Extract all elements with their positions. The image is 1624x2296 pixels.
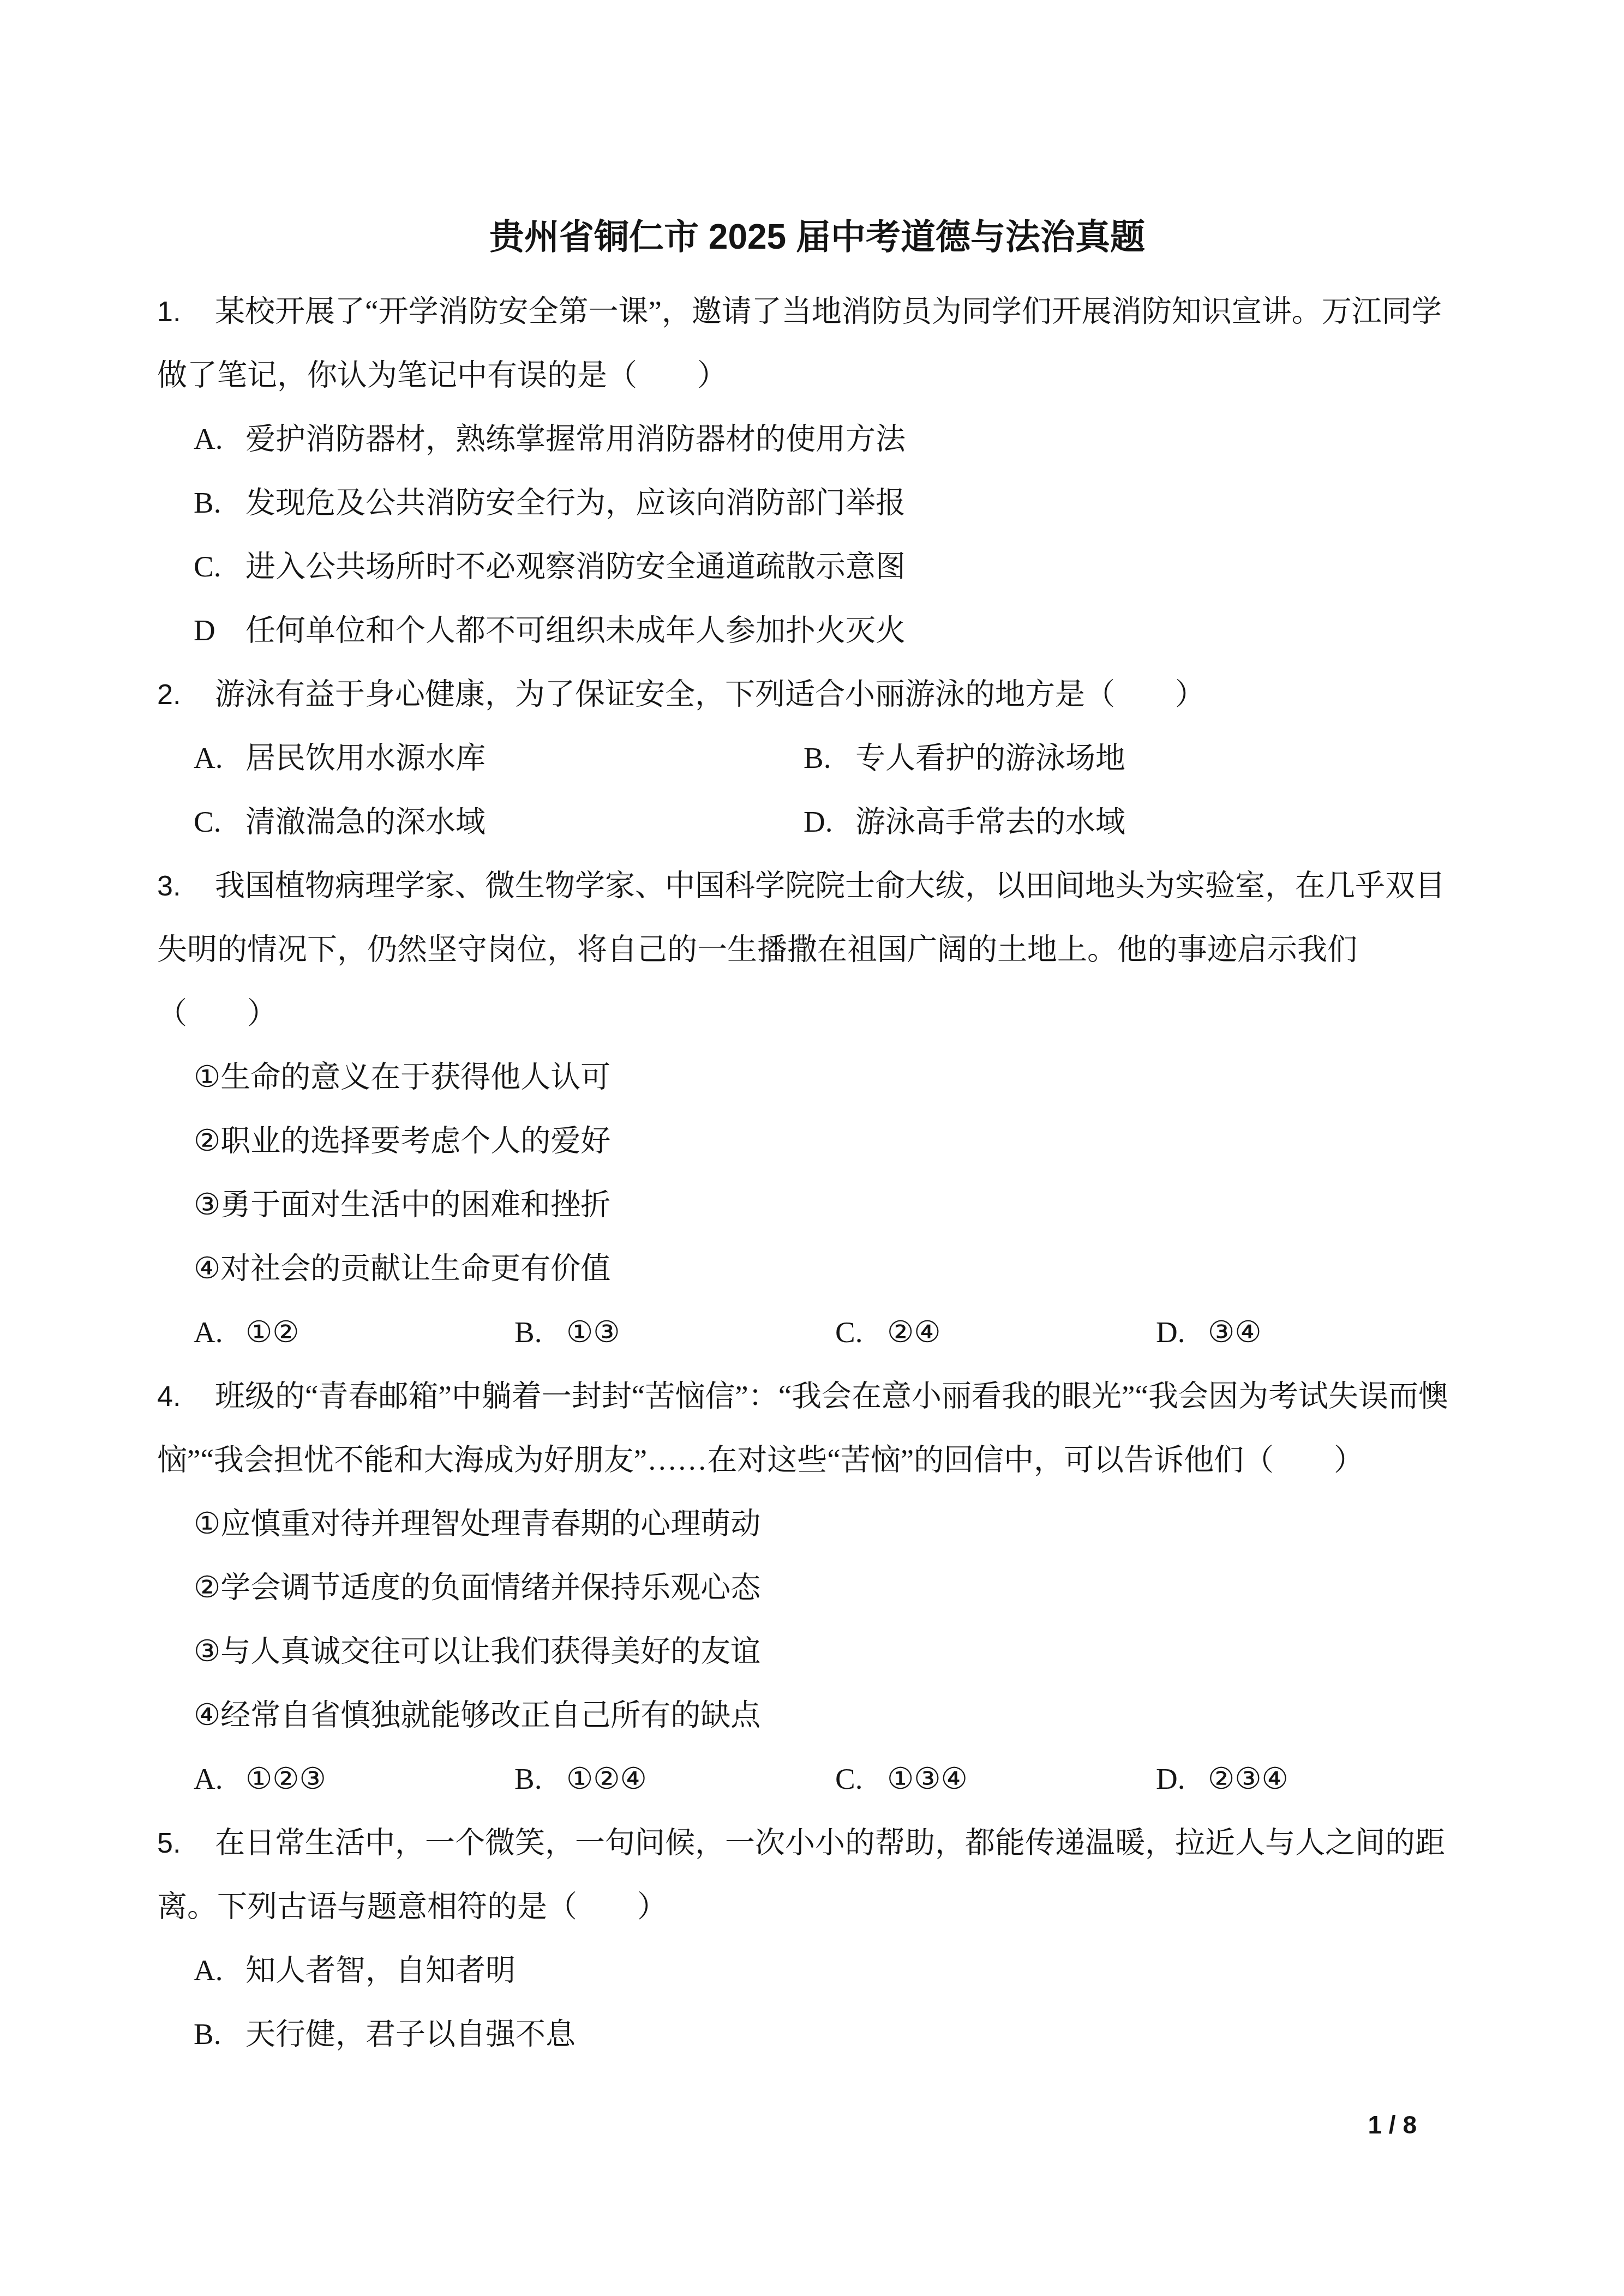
question-5: 5.在日常生活中，一个微笑，一句问候，一次小小的帮助，都能传递温暖，拉近人与人之… (157, 1811, 1477, 2066)
q4-option-a-label: A. (194, 1747, 245, 1811)
page-number-indicator: 1 / 8 (1368, 2109, 1417, 2140)
q1-stem-line-2: 做了笔记，你认为笔记中有误的是（ ） (157, 343, 1477, 407)
q3-option-d-label: D. (1156, 1300, 1208, 1364)
q1-option-a-label: A. (194, 407, 245, 471)
q4-option-c-text: ①③④ (887, 1762, 968, 1795)
q3-option-b-text: ①③ (566, 1315, 620, 1349)
q5-option-b-label: B. (194, 2002, 245, 2066)
q3-stem-line-2: 失明的情况下，仍然坚守岗位，将自己的一生播撒在祖国广阔的土地上。他的事迹启示我们 (157, 917, 1477, 981)
q5-stem-line-1: 5.在日常生活中，一个微笑，一句问候，一次小小的帮助，都能传递温暖，拉近人与人之… (157, 1811, 1477, 1874)
q1-option-c-text: 进入公共场所时不必观察消防安全通道疏散示意图 (245, 550, 906, 583)
q1-stem-text-1: 某校开展了“开学消防安全第一课”，邀请了当地消防员为同学们开展消防知识宣讲。万江… (215, 294, 1442, 328)
q3-option-c-text: ②④ (887, 1315, 941, 1349)
q4-option-b: B.①②④ (514, 1747, 835, 1811)
q4-stem-line-1: 4.班级的“青春邮箱”中躺着一封封“苦恼信”：“我会在意小丽看我的眼光”“我会因… (157, 1364, 1477, 1428)
q4-stem-line-2: 恼”“我会担忧不能和大海成为好朋友”……在对这些“苦恼”的回信中，可以告诉他们（… (157, 1428, 1477, 1492)
q1-option-c-label: C. (194, 534, 245, 598)
q1-option-b: B.发现危及公共消防安全行为，应该向消防部门举报 (194, 471, 1477, 534)
q3-option-c-label: C. (835, 1300, 887, 1364)
q2-stem-line-1: 2.游泳有益于身心健康，为了保证安全，下列适合小丽游泳的地方是（ ） (157, 662, 1477, 726)
question-2: 2.游泳有益于身心健康，为了保证安全，下列适合小丽游泳的地方是（ ） A.居民饮… (157, 662, 1477, 854)
q3-item-4: ④对社会的贡献让生命更有价值 (194, 1236, 1477, 1300)
q5-stem-line-2: 离。下列古语与题意相符的是（ ） (157, 1874, 1477, 1938)
q5-option-a-label: A. (194, 1938, 245, 2002)
exam-page: 贵州省铜仁市 2025 届中考道德与法治真题 1.某校开展了“开学消防安全第一课… (0, 0, 1624, 2296)
q5-stem-text-1: 在日常生活中，一个微笑，一句问候，一次小小的帮助，都能传递温暖，拉近人与人之间的… (215, 1826, 1445, 1859)
q5-number: 5. (157, 1812, 215, 1876)
q3-item-2: ②职业的选择要考虑个人的爱好 (194, 1109, 1477, 1173)
q3-option-b-label: B. (514, 1300, 566, 1364)
q2-option-d: D.游泳高手常去的水域 (804, 790, 1477, 854)
q5-option-a: A.知人者智，自知者明 (194, 1938, 1477, 2002)
q1-option-c: C.进入公共场所时不必观察消防安全通道疏散示意图 (194, 534, 1477, 598)
q1-number: 1. (157, 280, 215, 344)
q4-option-d: D.②③④ (1156, 1747, 1477, 1811)
q1-option-b-label: B. (194, 471, 245, 534)
q2-option-b: B.专人看护的游泳场地 (804, 726, 1477, 790)
q2-option-d-label: D. (804, 790, 855, 854)
question-1: 1.某校开展了“开学消防安全第一课”，邀请了当地消防员为同学们开展消防知识宣讲。… (157, 279, 1477, 662)
q3-stem-line-1: 3.我国植物病理学家、微生物学家、中国科学院院士俞大绂，以田间地头为实验室，在几… (157, 854, 1477, 917)
q1-option-d: D任何单位和个人都不可组织未成年人参加扑火灭火 (194, 598, 1477, 662)
q3-option-c: C.②④ (835, 1300, 1156, 1364)
q2-stem-text-1: 游泳有益于身心健康，为了保证安全，下列适合小丽游泳的地方是（ ） (215, 677, 1205, 711)
q4-item-4: ④经常自省慎独就能够改正自己所有的缺点 (194, 1683, 1477, 1747)
q3-stem-line-3: （ ） (157, 981, 1477, 1045)
q2-options-row-2: C.清澈湍急的深水域 D.游泳高手常去的水域 (194, 790, 1477, 854)
q2-option-b-text: 专人看护的游泳场地 (855, 741, 1125, 774)
q2-options-row-1: A.居民饮用水源水库 B.专人看护的游泳场地 (194, 726, 1477, 790)
q2-option-a-text: 居民饮用水源水库 (245, 741, 486, 774)
q4-item-3: ③与人真诚交往可以让我们获得美好的友谊 (194, 1619, 1477, 1683)
q2-option-b-label: B. (804, 726, 855, 790)
q1-option-b-text: 发现危及公共消防安全行为，应该向消防部门举报 (245, 486, 906, 519)
q4-number: 4. (157, 1365, 215, 1429)
q2-option-c-label: C. (194, 790, 245, 854)
q3-item-1: ①生命的意义在于获得他人认可 (194, 1045, 1477, 1109)
title-spacer (157, 256, 1477, 279)
q5-option-b: B.天行健，君子以自强不息 (194, 2002, 1477, 2066)
q2-option-a-label: A. (194, 726, 245, 790)
q3-stem-text-1: 我国植物病理学家、微生物学家、中国科学院院士俞大绂，以田间地头为实验室，在几乎双… (215, 869, 1445, 902)
q1-option-a: A.爱护消防器材，熟练掌握常用消防器材的使用方法 (194, 407, 1477, 471)
q5-option-b-text: 天行健，君子以自强不息 (245, 2017, 576, 2051)
q4-option-b-text: ①②④ (566, 1762, 647, 1795)
q3-item-3: ③勇于面对生活中的困难和挫折 (194, 1173, 1477, 1236)
q4-item-2: ②学会调节适度的负面情绪并保持乐观心态 (194, 1555, 1477, 1619)
q4-option-a: A.①②③ (194, 1747, 514, 1811)
q3-option-a-text: ①② (245, 1315, 299, 1349)
q1-option-d-text: 任何单位和个人都不可组织未成年人参加扑火灭火 (245, 614, 906, 647)
q1-option-d-label: D (194, 598, 245, 662)
q4-option-c: C.①③④ (835, 1747, 1156, 1811)
q2-option-a: A.居民饮用水源水库 (194, 726, 804, 790)
q4-stem-text-1: 班级的“青春邮箱”中躺着一封封“苦恼信”：“我会在意小丽看我的眼光”“我会因为考… (215, 1379, 1448, 1413)
q1-stem-line-1: 1.某校开展了“开学消防安全第一课”，邀请了当地消防员为同学们开展消防知识宣讲。… (157, 279, 1477, 343)
question-4: 4.班级的“青春邮箱”中躺着一封封“苦恼信”：“我会在意小丽看我的眼光”“我会因… (157, 1364, 1477, 1811)
q4-option-b-label: B. (514, 1747, 566, 1811)
q2-option-d-text: 游泳高手常去的水域 (855, 805, 1125, 838)
q1-option-a-text: 爱护消防器材，熟练掌握常用消防器材的使用方法 (245, 422, 906, 455)
question-3: 3.我国植物病理学家、微生物学家、中国科学院院士俞大绂，以田间地头为实验室，在几… (157, 854, 1477, 1364)
q3-option-a: A.①② (194, 1300, 514, 1364)
q4-option-c-label: C. (835, 1747, 887, 1811)
q4-item-1: ①应慎重对待并理智处理青春期的心理萌动 (194, 1492, 1477, 1555)
q3-number: 3. (157, 855, 215, 918)
q4-option-d-text: ②③④ (1208, 1762, 1289, 1795)
q5-option-a-text: 知人者智，自知者明 (245, 1954, 516, 1987)
q3-option-a-label: A. (194, 1300, 245, 1364)
q4-option-a-text: ①②③ (245, 1762, 326, 1795)
q3-answer-row: A.①② B.①③ C.②④ D.③④ (194, 1300, 1477, 1364)
exam-content: 贵州省铜仁市 2025 届中考道德与法治真题 1.某校开展了“开学消防安全第一课… (157, 217, 1477, 2066)
q2-option-c-text: 清澈湍急的深水域 (245, 805, 486, 838)
q3-option-d: D.③④ (1156, 1300, 1477, 1364)
q4-option-d-label: D. (1156, 1747, 1208, 1811)
q3-option-b: B.①③ (514, 1300, 835, 1364)
q3-option-d-text: ③④ (1208, 1315, 1262, 1349)
q2-number: 2. (157, 663, 215, 727)
q2-option-c: C.清澈湍急的深水域 (194, 790, 804, 854)
page-title: 贵州省铜仁市 2025 届中考道德与法治真题 (157, 217, 1477, 256)
q4-answer-row: A.①②③ B.①②④ C.①③④ D.②③④ (194, 1747, 1477, 1811)
